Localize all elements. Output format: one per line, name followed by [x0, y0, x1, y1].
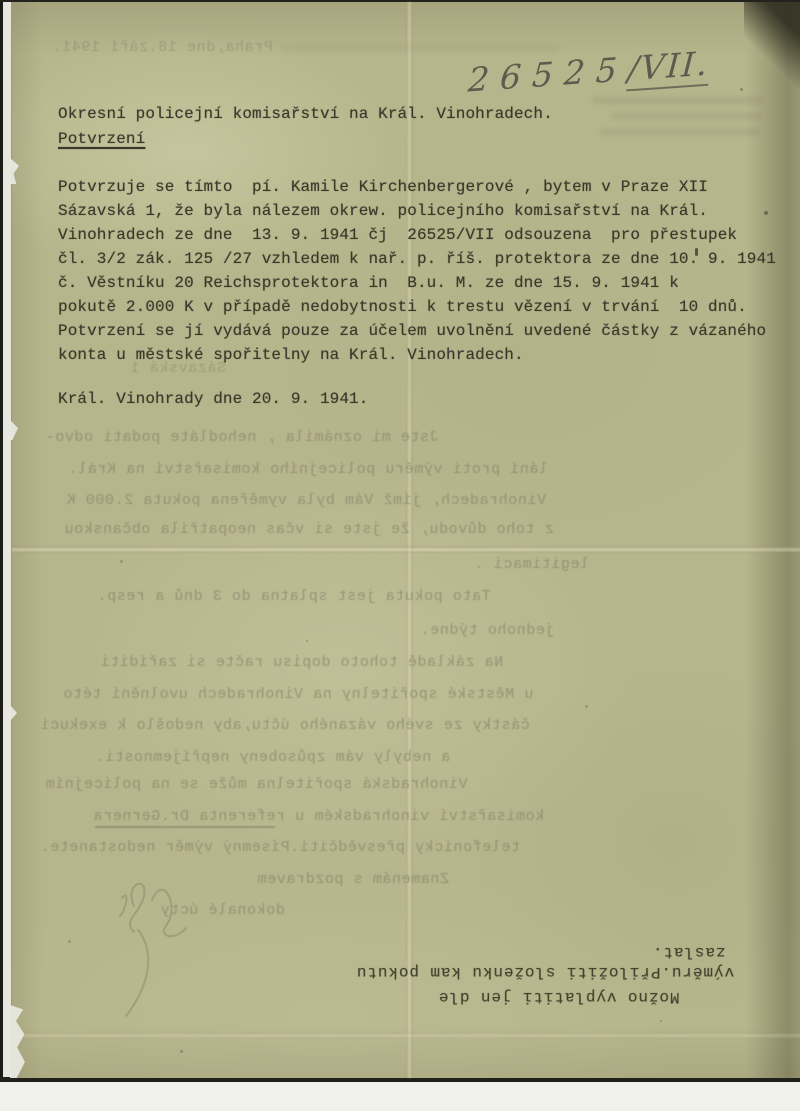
- body-line: pokutě 2.000 K v případě nedobytnosti k …: [58, 298, 747, 322]
- bleedthrough-line: lání proti výměru policejního komisařstv…: [68, 461, 548, 478]
- bleedthrough-smudge: [612, 112, 762, 120]
- horizontal-fold-crease-lower: [12, 1032, 800, 1039]
- document-title: Potvrzení: [58, 130, 145, 148]
- paper-speck: [764, 211, 768, 215]
- paper-speck: [660, 1020, 662, 1022]
- body-line: čl. 3/2 zák. 125 /27 vzhledem k nař. p. …: [58, 250, 776, 274]
- bleedthrough-line: Na základě tohoto dopisu račte si zařídi…: [100, 654, 503, 671]
- paper-speck: [68, 940, 71, 943]
- bleedthrough-address: Sázavská 1: [130, 360, 226, 377]
- body-line: č. Věstníku 20 Reichsprotektora in B.u. …: [58, 274, 679, 298]
- bleedthrough-line: komisařství vinohradském u referenta Dr.…: [93, 808, 544, 825]
- torn-edge-nick: [10, 158, 19, 184]
- torn-edge-nick: [10, 705, 17, 721]
- bleedthrough-line: Znamenám s pozdravem: [257, 871, 449, 888]
- paper-speck: [120, 560, 123, 563]
- bleedthrough-signature: [100, 858, 260, 1028]
- paper-sheet: Praha,dne 18.září 1941. 26525/VII. Okres…: [12, 2, 800, 1078]
- handwritten-ref-roman: /VII.: [626, 43, 710, 91]
- paper-speck: [585, 705, 588, 708]
- bleedthrough-line: Vinohradská spořitelna může se na police…: [45, 776, 467, 793]
- ink-speck: [695, 248, 698, 256]
- bleedthrough-smudge: [600, 128, 760, 136]
- bleedthrough-line: Jste mi oznámila , nehodláte podati odvo…: [45, 429, 439, 446]
- reverse-note-line: Možno vyplatiti jen dle: [438, 988, 680, 1006]
- bleedthrough-line: legitimaci .: [474, 556, 589, 573]
- body-line: Potvrzení se jí vydává pouze za účelem u…: [58, 322, 766, 346]
- office-heading: Okresní policejní komisařství na Král. V…: [58, 105, 553, 123]
- paper-speck: [306, 640, 308, 642]
- horizontal-fold-crease: [12, 546, 800, 553]
- paper-speck: [180, 1050, 183, 1053]
- body-line: konta u městské spořitelny na Král. Vino…: [58, 346, 524, 370]
- body-line: Vinohradech ze dne 13. 9. 1941 čj 26525/…: [58, 226, 737, 250]
- bleedthrough-praha-date: Praha,dne 18.září 1941.: [52, 39, 273, 56]
- body-line: Sázavská 1, že byla nálezem okrew. polic…: [58, 202, 708, 226]
- paper-speck: [740, 88, 743, 91]
- bleedthrough-line: Vinohradech, jímž Vám byla vyměřena poku…: [66, 492, 546, 509]
- body-line: Potvrzuje se tímto pí. Kamile Kirchenber…: [58, 178, 708, 202]
- scanner-bed-bottom-strip: [0, 1077, 800, 1111]
- bleedthrough-smudge: [280, 44, 560, 52]
- reverse-note-line: výměru.Přiložiti složenku kam pokutu: [356, 963, 734, 981]
- scanned-document: Praha,dne 18.září 1941. 26525/VII. Okres…: [0, 0, 800, 1111]
- bleedthrough-smudge: [592, 96, 764, 105]
- torn-edge-bottom-left: [10, 1005, 34, 1078]
- paper-corner-shadow: [744, 2, 800, 102]
- bleedthrough-line: částky ze svého vázaného účtu,aby nedošl…: [40, 717, 530, 734]
- bleedthrough-line: z toho důvodu, že jste si včas neopatřil…: [64, 521, 554, 538]
- bleedthrough-underline: [95, 826, 275, 828]
- place-date-line: Král. Vinohrady dne 20. 9. 1941.: [58, 390, 368, 408]
- bleedthrough-line: a nebyly vám způsobeny nepříjemnosti.: [95, 749, 450, 766]
- bleedthrough-line: u Městské spořitelny na Vinohradech uvol…: [63, 686, 533, 703]
- paper-right-shadow: [746, 2, 800, 1078]
- bleedthrough-line: jednoho týdne.: [420, 622, 554, 639]
- vertical-fold-crease: [406, 2, 413, 1078]
- reverse-note-line: zaslat.: [652, 943, 726, 961]
- bleedthrough-line: telefonicky přesvědčiti.Písemný výměr ne…: [40, 839, 520, 856]
- bleedthrough-line: Tato pokuta jest splatna do 3 dnů a resp…: [97, 588, 491, 605]
- torn-edge-nick: [10, 420, 18, 440]
- handwritten-ref-digits: 26525: [467, 49, 629, 99]
